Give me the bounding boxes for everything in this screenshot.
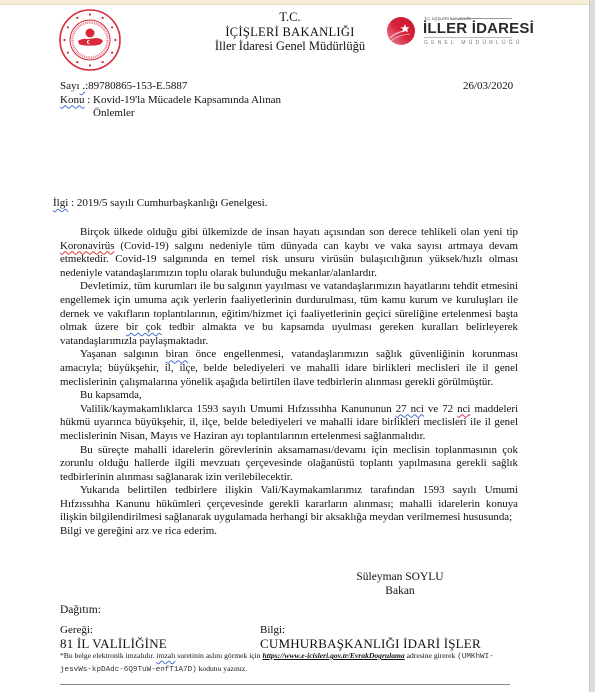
- letter-body: Birçok ülkede olduğu gibi ülkemizde de i…: [60, 226, 518, 539]
- brand-divider: [424, 37, 512, 38]
- document-number: Sayı .:89780865-153-E.5887: [60, 80, 281, 94]
- reference: İlgi : 2019/5 sayılı Cumhurbaşkanlığı Ge…: [53, 197, 268, 209]
- distribution-action: Gereği: 81 İL VALİLİĞİNE: [60, 624, 167, 651]
- spellcheck-word: Koronavirüs: [60, 240, 114, 252]
- brand-subtitle: GENEL MÜDÜRLÜĞÜ: [424, 40, 523, 46]
- window-top-bar: [0, 0, 595, 5]
- distribution-title: Dağıtım:: [60, 604, 101, 616]
- spellcheck-word: 27 nci: [396, 403, 424, 415]
- signer-name: Süleyman SOYLU: [350, 570, 450, 584]
- document-meta: Sayı .:89780865-153-E.5887 Konu : Kovid-…: [60, 80, 281, 121]
- subject-label: Konu: [60, 94, 84, 106]
- paragraph-1: Birçok ülkede olduğu gibi ülkemizde de i…: [60, 226, 518, 280]
- action-value: 81 İL VALİLİĞİNE: [60, 637, 167, 651]
- paragraph-7: Yukarıda belirtilen tedbirlere ilişkin V…: [60, 484, 518, 525]
- subject-value-line2: Önlemler: [60, 107, 281, 121]
- document-date: 26/03/2020: [463, 80, 513, 92]
- star-crescent-logo-icon: [386, 16, 416, 46]
- brand-name: İLLER İDARESİ: [423, 20, 534, 37]
- paragraph-8: Bilgi ve gereğini arz ve rica ederim.: [60, 525, 518, 539]
- ministry-seal-icon: [58, 8, 122, 72]
- reference-text: 2019/5 sayılı Cumhurbaşkanlığı Genelgesi…: [77, 197, 268, 209]
- spellcheck-word: biran: [166, 348, 188, 360]
- number-label: Sayı: [60, 80, 80, 92]
- signature-block: Süleyman SOYLU Bakan: [350, 570, 450, 598]
- spellcheck-word: nci: [457, 403, 470, 415]
- number-value: 89780865-153-E.5887: [88, 80, 187, 92]
- spellcheck-word: bir çok: [126, 321, 161, 333]
- e-signature-note: *Bu belge elektronik imzalıdır. imzalı s…: [60, 650, 520, 676]
- footer-divider: [60, 684, 510, 685]
- info-value: CUMHURBAŞKANLIĞI İDARİ İŞLER: [260, 637, 481, 651]
- verification-link[interactable]: https://www.e-icisleri.gov.tr/EvrakDogru…: [262, 651, 404, 660]
- reference-colon: :: [68, 197, 77, 209]
- subject-colon: :: [84, 94, 93, 106]
- spellcheck-word: imzalı: [156, 651, 175, 660]
- paragraph-6: Bu süreçte mahalli idarelerin görevlerin…: [60, 444, 518, 485]
- paragraph-3: Yaşanan salgının biran önce engellenmesi…: [60, 348, 518, 389]
- distribution-info: Bilgi: CUMHURBAŞKANLIĞI İDARİ İŞLER: [260, 624, 481, 651]
- vertical-scrollbar[interactable]: [589, 0, 595, 692]
- document-subject: Konu : Kovid-19'la Mücadele Kapsamında A…: [60, 94, 281, 108]
- brand-top-divider: [458, 18, 512, 19]
- brand-logo: T.C. İÇİŞLERİ BAKANLIĞI İLLER İDARESİ GE…: [386, 12, 516, 48]
- paragraph-5: Valilik/kaymakamlıklarca 1593 sayılı Umu…: [60, 403, 518, 444]
- reference-label: İlgi: [53, 197, 68, 209]
- subject-value-line1: Kovid-19'la Mücadele Kapsamında Alınan: [93, 94, 281, 106]
- paragraph-4: Bu kapsamda,: [60, 389, 518, 403]
- signer-title: Bakan: [350, 584, 450, 598]
- paragraph-2: Devletimiz, tüm kurumları ile bu salgını…: [60, 280, 518, 348]
